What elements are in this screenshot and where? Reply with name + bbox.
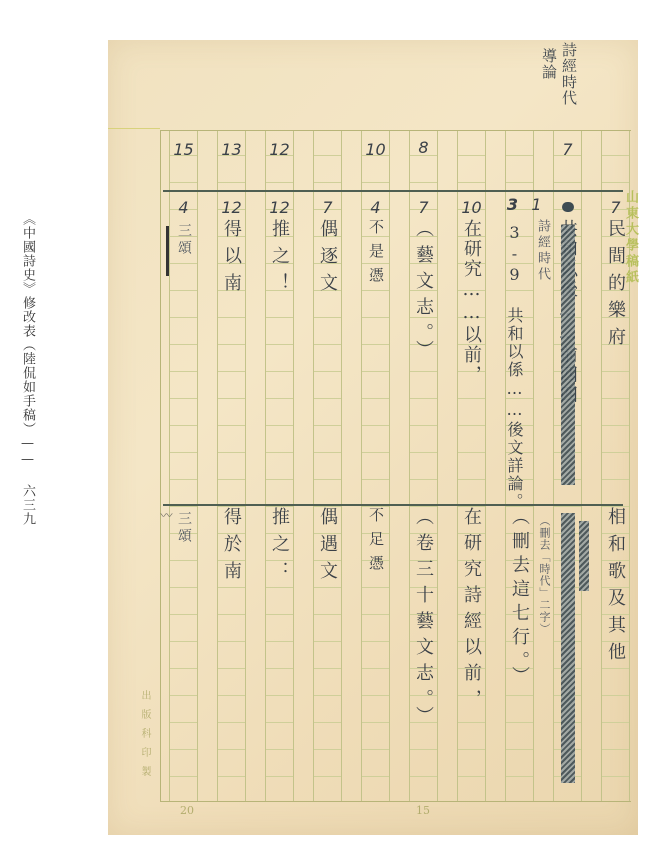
line-number: 3 bbox=[499, 191, 526, 218]
page-number: 8 bbox=[410, 134, 437, 161]
revised-text: 得於南 bbox=[218, 507, 245, 588]
divider-line-top bbox=[163, 190, 623, 192]
original-text: 3-9 共和以係……後文詳論。 bbox=[501, 223, 528, 511]
revised-text: 相和歌及其他 bbox=[602, 507, 629, 669]
page-caption: 《中國詩史》修改表（陸侃如手稿）—— 六三九 bbox=[16, 212, 38, 526]
column-marker-15: 15 bbox=[416, 804, 430, 817]
strikethrough-scribble bbox=[579, 521, 589, 591]
original-text: （藝文志。） bbox=[410, 219, 437, 366]
original-text: 在研究……以前， bbox=[458, 219, 485, 385]
column-marker-20: 20 bbox=[180, 804, 194, 817]
page-number: 15 bbox=[170, 136, 197, 163]
page-number: 7 bbox=[554, 136, 581, 163]
revised-text: 偶遇文 bbox=[314, 507, 341, 588]
header-note-intro: 導論 bbox=[540, 48, 560, 80]
original-text: 不是憑 bbox=[362, 219, 389, 291]
line-number: 1 bbox=[523, 191, 550, 218]
original-text: 推之！ bbox=[266, 219, 293, 300]
scribbled-line-number bbox=[554, 194, 581, 221]
original-text: 得以南 bbox=[218, 219, 245, 300]
strikethrough-scribble bbox=[561, 225, 575, 485]
page-number: 10 bbox=[362, 136, 389, 163]
strikethrough-scribble bbox=[561, 513, 575, 783]
revised-text-annotation: （刪去「時代」二字） bbox=[531, 515, 558, 635]
line-number: 4 bbox=[170, 194, 197, 221]
line-number: 12 bbox=[266, 194, 293, 221]
manuscript-page: 詩經時代 導論 15 13 12 10 8 7 4 12 12 7 4 7 10… bbox=[108, 40, 638, 835]
divider-line-middle bbox=[163, 504, 623, 506]
revised-text: 不足憑 bbox=[362, 507, 389, 579]
wavy-margin-mark: 〰 bbox=[163, 509, 169, 521]
revised-text: 推之： bbox=[266, 507, 293, 588]
printer-mark: 出版科印製 bbox=[138, 690, 152, 785]
revised-text: 三頌 bbox=[170, 511, 197, 545]
original-text: 偶逐文 bbox=[314, 219, 341, 300]
header-note-era: 詩經時代 bbox=[560, 42, 580, 106]
line-number: 7 bbox=[410, 194, 437, 221]
revised-text: （卷三十藝文志。） bbox=[410, 507, 437, 732]
paper-letterhead: 山東大學稿紙 bbox=[626, 190, 640, 286]
grid-paper: 15 13 12 10 8 7 4 12 12 7 4 7 10 3 1 7 三… bbox=[160, 130, 631, 802]
margin-bar-mark bbox=[166, 226, 169, 276]
header-rule bbox=[108, 128, 160, 129]
page-number: 12 bbox=[266, 136, 293, 163]
line-number: 12 bbox=[218, 194, 245, 221]
revised-text: （刪去這七行。） bbox=[506, 507, 533, 690]
line-number: 4 bbox=[362, 194, 389, 221]
page-number: 13 bbox=[218, 136, 245, 163]
line-number: 7 bbox=[314, 194, 341, 221]
original-text-annotation: 詩經時代 bbox=[529, 219, 556, 283]
line-number: 10 bbox=[458, 194, 485, 221]
original-text: 三頌 bbox=[170, 223, 197, 257]
revised-text: 在研究詩經以前， bbox=[458, 507, 485, 715]
